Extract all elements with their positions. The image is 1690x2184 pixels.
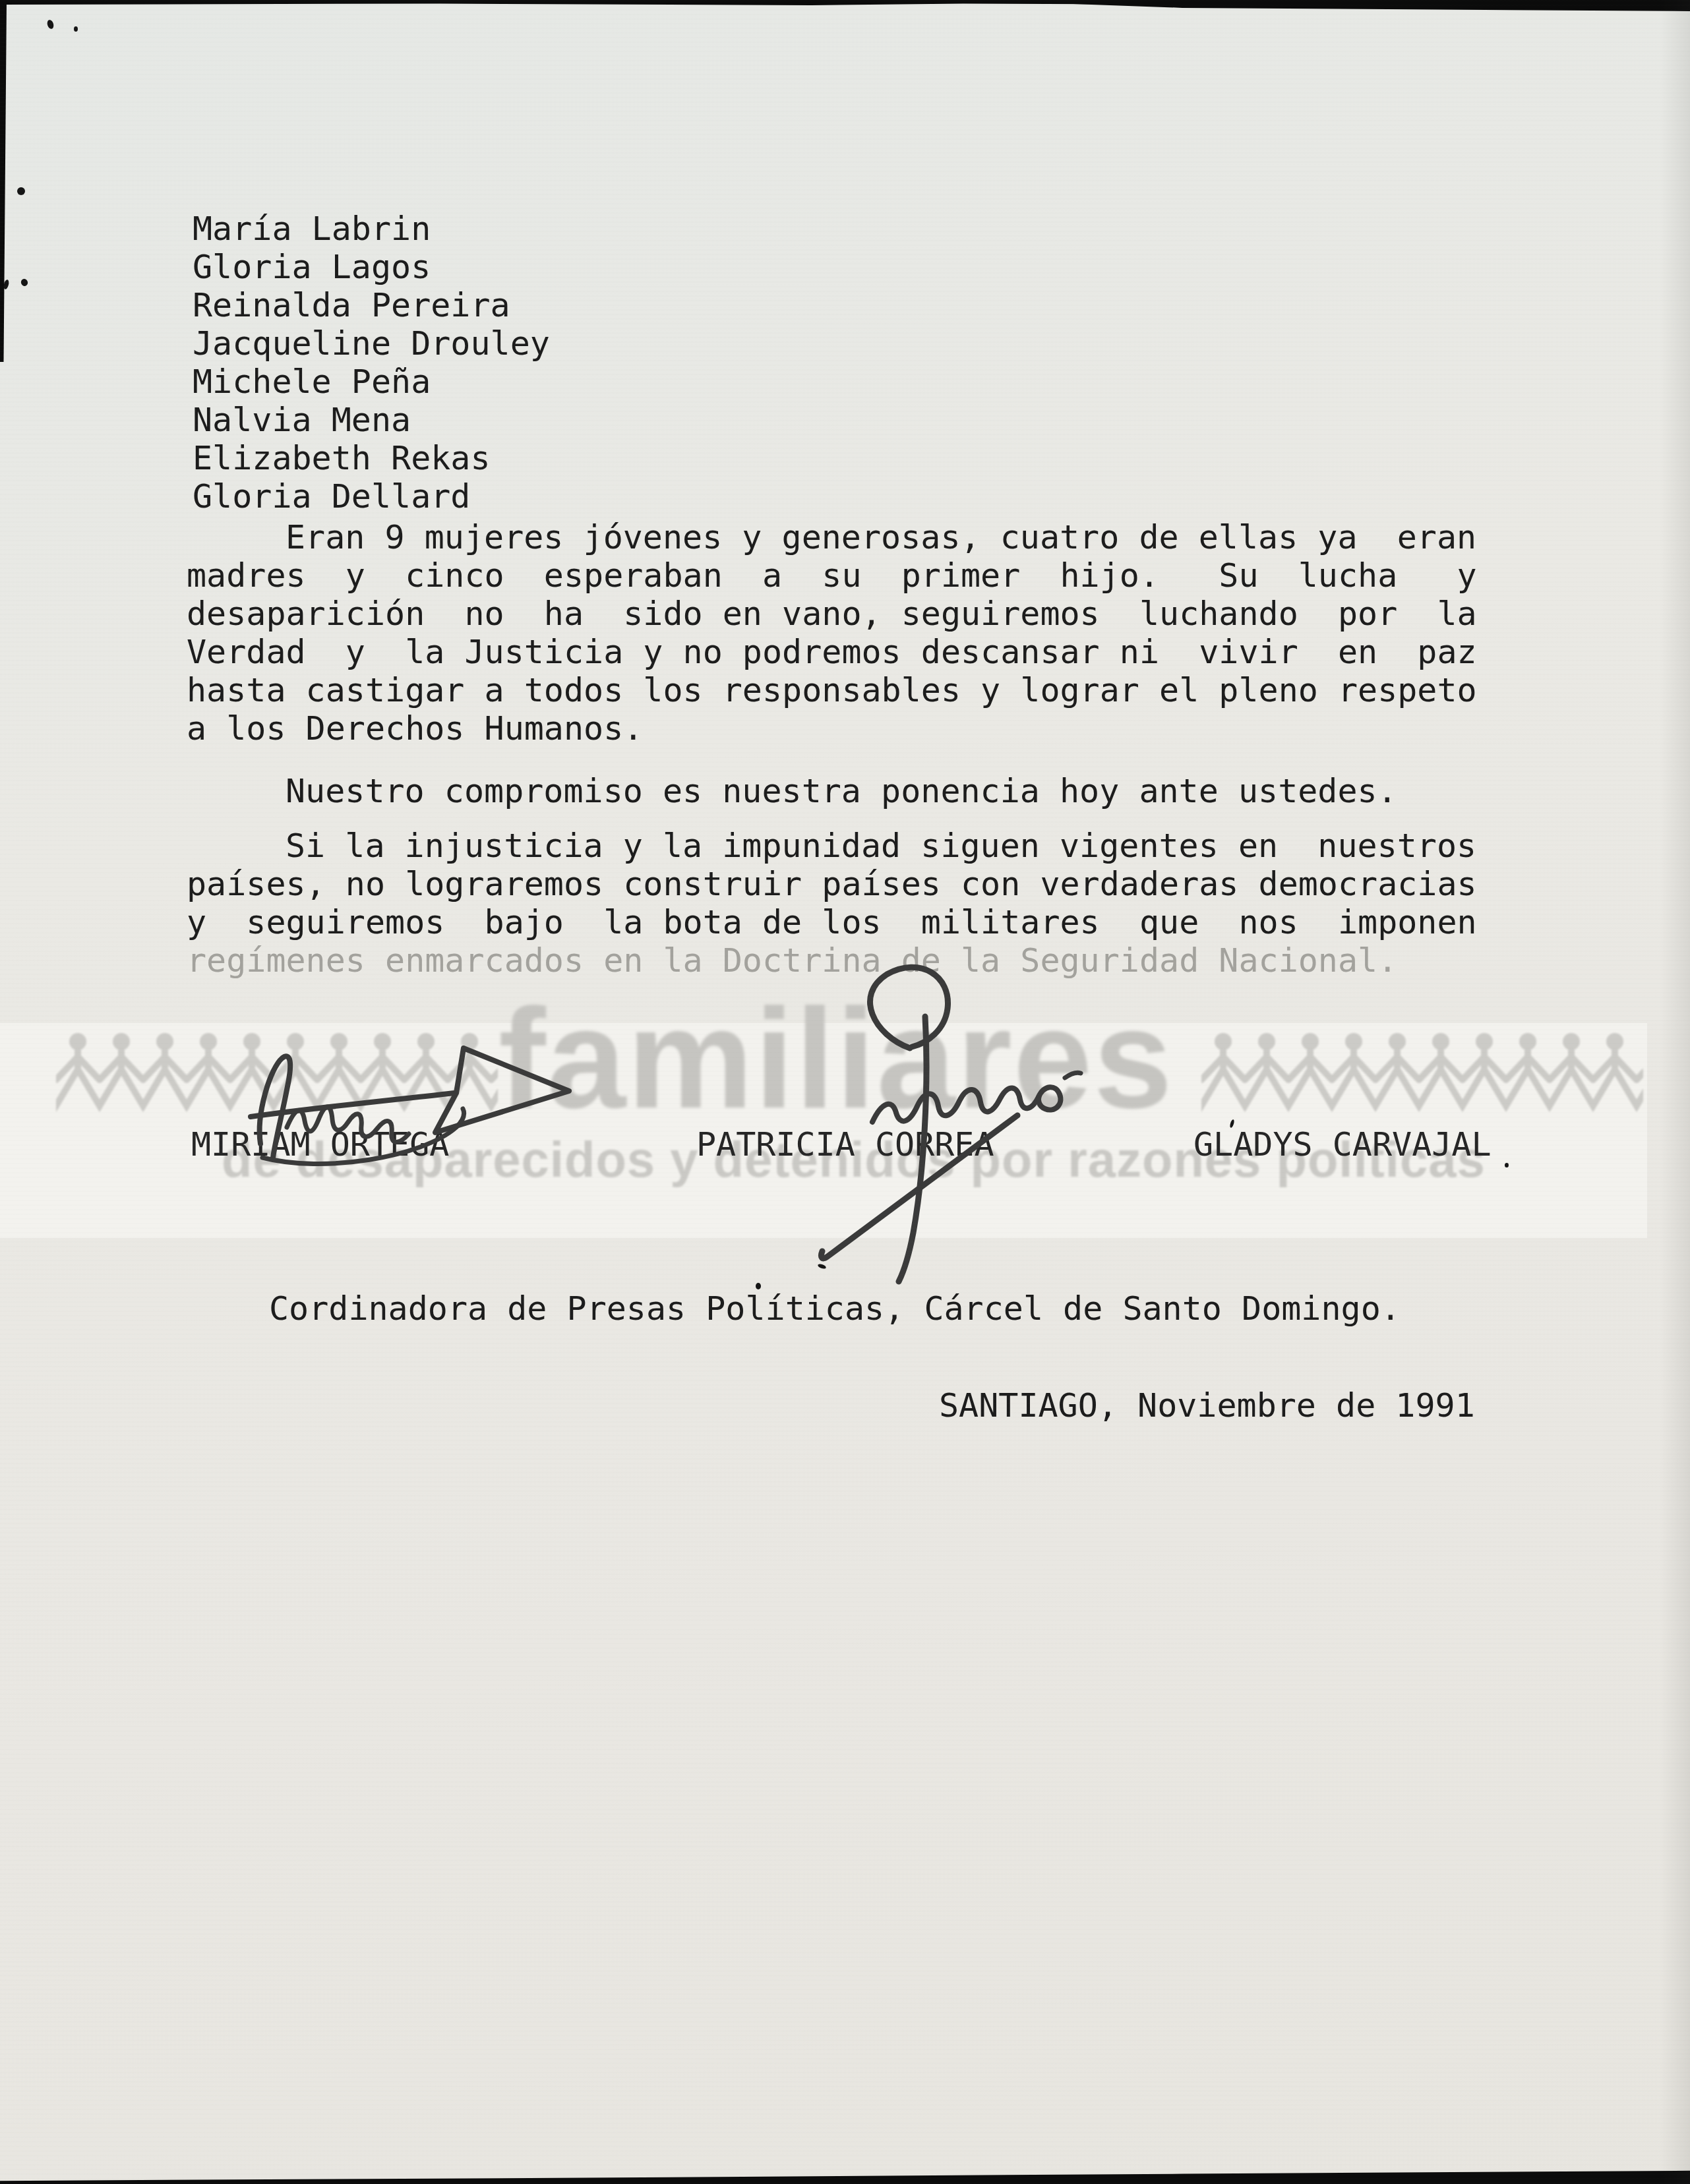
victim-name: Reinalda Pereira bbox=[193, 286, 550, 324]
paragraph-line: Si la injusticia y la impunidad siguen v… bbox=[187, 827, 1477, 865]
ink-speck bbox=[20, 278, 29, 287]
scan-edge-top-right bbox=[965, 0, 1690, 11]
scan-edge-bottom bbox=[0, 2169, 1690, 2184]
paper-doll-chain-right-icon bbox=[1201, 1030, 1643, 1115]
victim-names-list: María Labrin Gloria Lagos Reinalda Perei… bbox=[193, 210, 550, 516]
organization-line: Cordinadora de Presas Políticas, Cárcel … bbox=[269, 1289, 1401, 1328]
victim-name: Gloria Dellard bbox=[193, 477, 550, 516]
paragraph-line: Verdad y la Justicia y no podremos desca… bbox=[187, 633, 1477, 671]
paragraph-line: Nuestro compromiso es nuestra ponencia h… bbox=[187, 772, 1397, 810]
paragraph-line: desaparición no ha sido en vano, seguire… bbox=[187, 595, 1477, 633]
victim-name: Gloria Lagos bbox=[193, 248, 550, 286]
paragraph-line: a los Derechos Humanos. bbox=[187, 709, 1477, 748]
victim-name: María Labrin bbox=[193, 210, 550, 248]
paragraph-line: madres y cinco esperaban a su primer hij… bbox=[187, 556, 1477, 595]
signature-miriam-ortega bbox=[224, 1028, 593, 1173]
ink-speck bbox=[756, 1283, 761, 1289]
ink-speck bbox=[46, 19, 55, 30]
ink-speck bbox=[17, 187, 25, 195]
typed-name-gladys-carvajal: GLADYS CARVAJAL bbox=[1193, 1128, 1492, 1161]
scan-edge-left bbox=[0, 3, 7, 362]
paragraph-line: Eran 9 mujeres jóvenes y generosas, cuat… bbox=[187, 518, 1477, 556]
ink-speck bbox=[74, 26, 78, 32]
ink-speck bbox=[1505, 1163, 1509, 1167]
place-date-line: SANTIAGO, Noviembre de 1991 bbox=[939, 1386, 1475, 1425]
victim-name: Nalvia Mena bbox=[193, 401, 550, 439]
paragraph-line: y seguiremos bajo la bota de los militar… bbox=[187, 903, 1477, 941]
scanned-letter-page: María Labrin Gloria Lagos Reinalda Perei… bbox=[0, 0, 1690, 2184]
paragraph-line: hasta castigar a todos los responsables … bbox=[187, 671, 1477, 709]
victim-name: Elizabeth Rekas bbox=[193, 439, 550, 477]
signature-patricia-correa bbox=[775, 956, 1085, 1285]
paragraph-1: Eran 9 mujeres jóvenes y generosas, cuat… bbox=[187, 518, 1477, 748]
victim-name: Michele Peña bbox=[193, 363, 550, 401]
paragraph-2: Nuestro compromiso es nuestra ponencia h… bbox=[187, 772, 1397, 810]
victim-name: Jacqueline Drouley bbox=[193, 324, 550, 363]
paragraph-line: países, no lograremos construir países c… bbox=[187, 865, 1477, 903]
